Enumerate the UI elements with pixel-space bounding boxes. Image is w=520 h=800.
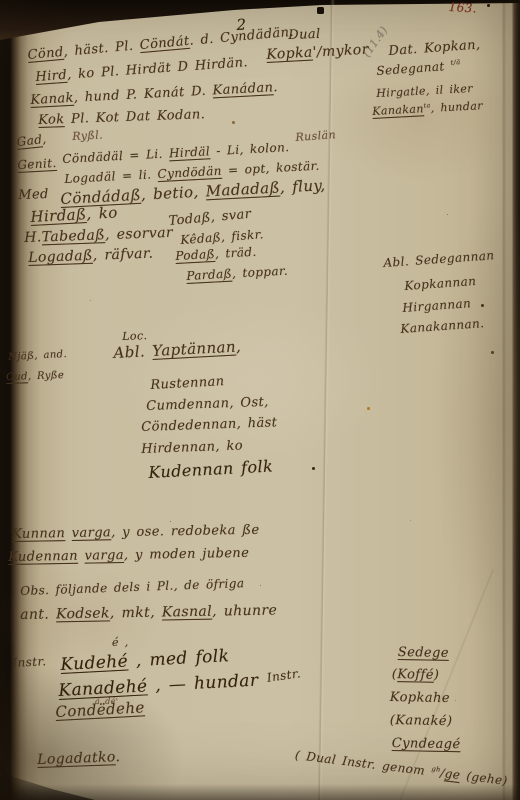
handwritten-line: Kok Pl. Kot Dat Kodan. <box>38 107 205 128</box>
handwritten-line: Loc. <box>122 329 148 343</box>
handwritten-line: Kudennan folk <box>148 456 274 482</box>
handwritten-line: Hirgannan <box>402 296 472 315</box>
handwritten-line: Cyndeagé <box>392 736 461 752</box>
handwritten-line: Condëdehe <box>55 698 145 721</box>
handwritten-line: Cönd, häst. Pl. Cöndát. d. Cyndädän. <box>27 25 295 63</box>
handwritten-line: Kopka'/mykor <box>266 42 369 63</box>
handwritten-line: (Koffé) <box>392 667 440 683</box>
handwritten-line: Instr. <box>12 654 47 670</box>
handwritten-line: Hird, ko Pl. Hirdät D Hirdän. <box>35 55 248 85</box>
handwritten-line: Kanadehé , — hundar <box>58 671 259 701</box>
handwritten-line: Hirgatle, il iker <box>376 82 473 100</box>
handwritten-line: Kanak, hund P. Kanát D. Kanádan. <box>30 80 278 108</box>
handwritten-line: Kunnan varga, y ose. redobeka ße <box>12 523 260 542</box>
handwritten-line: Kopkannan <box>404 274 477 293</box>
handwritten-line: Pardaß, toppar. <box>186 264 288 283</box>
handwritten-line: Dat. Kopkan, <box>388 38 481 59</box>
handwritten-line: Genit. <box>17 156 57 172</box>
handwritten-line: Hirdaß, ko <box>30 203 118 226</box>
handwritten-line: é , <box>112 636 129 649</box>
handwritten-line: Podaß, träd. <box>175 245 257 263</box>
handwritten-line: Logadaß, räfvar. <box>28 246 154 266</box>
handwritten-line: Kudennan varga, y moden jubene <box>8 546 249 565</box>
handwritten-line: Med <box>18 187 49 203</box>
handwritten-line: Abl. Sedegannan <box>383 248 495 270</box>
handwritten-line: Sedege <box>398 645 449 661</box>
handwritten-line: Kudehé , med folk <box>60 646 230 675</box>
handwritten-line: H.Tabedaß, esorvar <box>24 225 173 246</box>
handwritten-line: Sedeganat t/ä <box>376 58 461 78</box>
handwritten-line: Dual <box>288 27 321 43</box>
handwritten-line: Gad, <box>16 132 47 149</box>
handwritten-line: Instr. <box>266 666 302 685</box>
handwritten-line: (Kanaké) <box>390 713 453 729</box>
handwritten-line: Ryßl. <box>72 128 103 143</box>
handwritten-line: Kanakannan. <box>400 316 485 336</box>
handwritten-line: Njäß, and. <box>8 349 67 363</box>
handwritten-line: ( Dual Instr. genom gh∕ge (gehe) <box>294 748 508 788</box>
handwritten-line: ant. Kodsek, mkt, Kasnal, uhunre <box>20 603 277 623</box>
handwritten-line: Cöndedennan, häst <box>141 415 278 435</box>
handwritten-line: Obs. följande dels i Pl., de öfriga <box>20 576 245 598</box>
handwritten-line: Cud, Ryße <box>6 370 64 383</box>
manuscript-lines: Cönd, häst. Pl. Cöndát. d. Cyndädän.Hird… <box>0 0 520 800</box>
handwritten-line: Hirdennan, ko <box>141 438 243 457</box>
handwritten-line: Kanakanta, hundar <box>372 99 483 118</box>
handwritten-line: Ruslän <box>295 128 336 144</box>
handwritten-line: Logadatko. <box>37 749 121 768</box>
handwritten-line: Cumdennan, Ost, <box>146 395 269 414</box>
handwritten-line: Kopkahe <box>390 690 450 706</box>
manuscript-page: 2 163. (11.4) Cönd, häst. Pl. Cöndát. d.… <box>0 0 520 800</box>
handwritten-line: Rustennan <box>150 374 225 393</box>
handwritten-line: Todaß, svar <box>168 207 252 229</box>
